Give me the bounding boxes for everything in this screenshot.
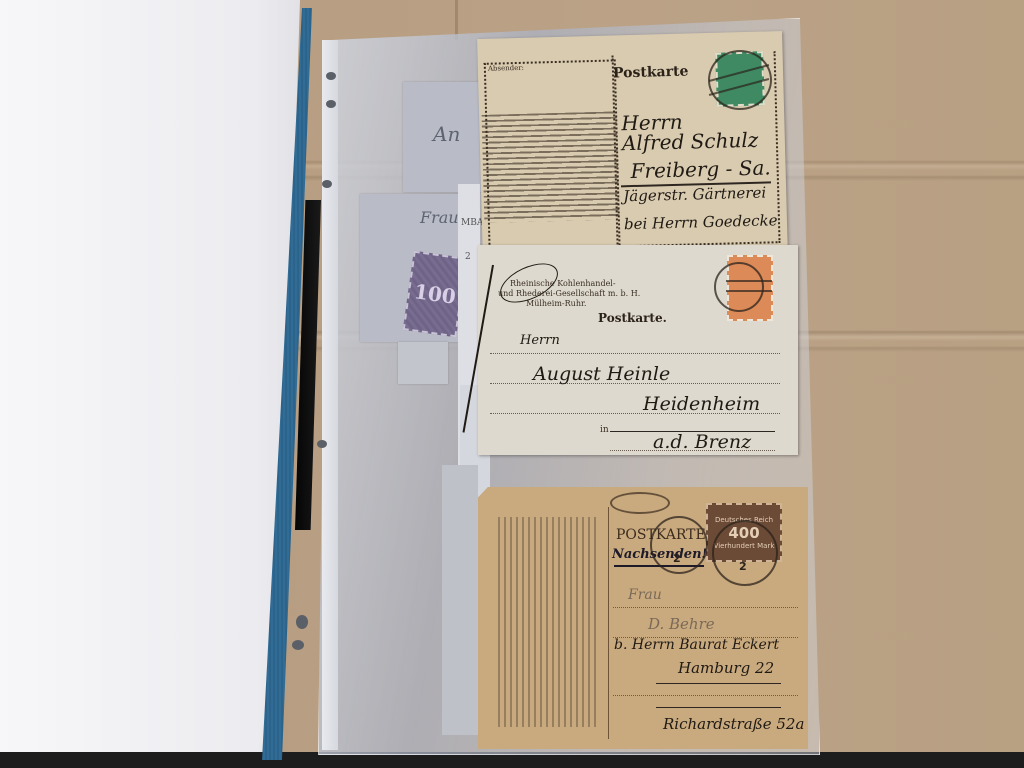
punch-hole <box>317 440 327 448</box>
address-line: Alfred Schulz <box>622 128 759 156</box>
address-rule <box>613 607 798 608</box>
address-line: Frau <box>628 587 662 603</box>
address-line: b. Herrn Baurat Eckert <box>614 637 779 653</box>
address-line: Freiberg - Sa. <box>630 155 771 183</box>
postmark <box>650 516 708 574</box>
cancel-bar <box>726 290 772 292</box>
envelope-handwriting: An <box>433 122 460 146</box>
divider-line <box>608 507 609 739</box>
envelope-fragment <box>398 342 448 384</box>
postmark <box>714 262 764 312</box>
stamp-value: 100 <box>413 279 458 309</box>
postcard-title: Postkarte. <box>598 311 667 325</box>
address-line: Jägerstr. Gärtnerei <box>623 184 766 206</box>
cancel-bar <box>726 280 772 282</box>
address-line: Richardstraße 52a <box>663 715 804 733</box>
handwritten-message <box>482 111 620 222</box>
address-rule <box>613 695 798 696</box>
handwritten-message <box>498 517 598 727</box>
address-line: Heidenheim <box>643 393 760 415</box>
strip-number: 2 <box>465 252 471 262</box>
address-line: a.d. Brenz <box>653 431 751 453</box>
punch-hole <box>292 640 304 650</box>
strip-text: MBA <box>461 218 483 228</box>
punch-hole <box>322 180 332 188</box>
punch-hole <box>296 615 308 629</box>
oval-cachet <box>610 492 670 514</box>
address-rule <box>613 637 798 638</box>
postmark-number: 2 <box>673 552 681 565</box>
sleeve-punched-edge <box>322 40 338 750</box>
company-line: Mülheim-Ruhr. <box>526 299 586 308</box>
strike-line <box>656 707 781 708</box>
in-label: in <box>600 425 609 435</box>
sender-label: Absender: <box>488 64 524 73</box>
back-envelope: An <box>403 82 483 192</box>
address-rule <box>490 353 780 354</box>
envelope-handwriting: Frau <box>420 208 459 227</box>
album-white-page <box>0 0 300 752</box>
address-line: Hamburg 22 <box>678 659 774 677</box>
address-line: August Heinle <box>533 363 670 385</box>
strike-line <box>656 683 781 684</box>
postmark <box>712 520 778 586</box>
paper-strip <box>442 465 478 735</box>
punch-hole <box>326 72 336 80</box>
postmark-number: 2 <box>739 560 747 573</box>
address-line: Herrn <box>520 333 560 348</box>
punch-hole <box>326 100 336 108</box>
address-line: D. Behre <box>648 615 715 633</box>
cardboard-crease <box>455 0 458 40</box>
